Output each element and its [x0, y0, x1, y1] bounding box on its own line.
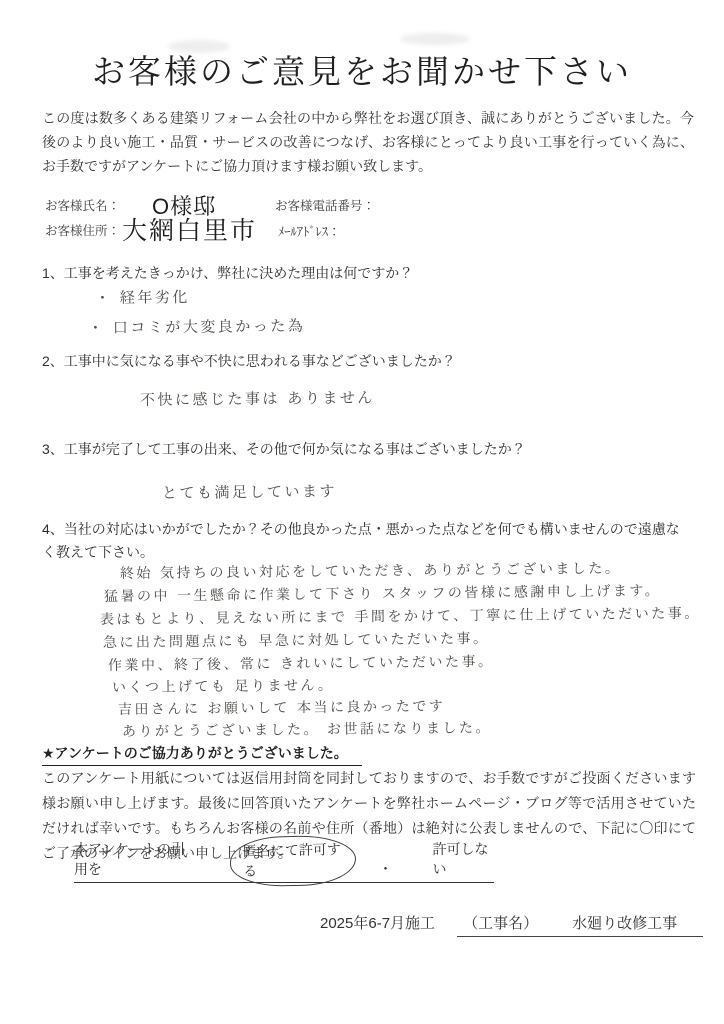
- scan-artifact: [400, 33, 470, 45]
- scanned-survey-page: { "page": { "title": "お客様のご意見をお聞かせ下さい", …: [0, 0, 724, 1024]
- answer-1-line-2: ・ 口コミが大変良かった為: [88, 315, 305, 338]
- intro-paragraph: この度は数多くある建築リフォーム会社の中から弊社をお選び頂き、誠にありがとうござ…: [42, 106, 694, 178]
- construction-name-value: 水廻り改修工事: [572, 912, 677, 933]
- answer-3-line-1: とても満足しています: [162, 480, 337, 503]
- answer-4-line-6: いくつ上げても 足りません。: [112, 675, 334, 697]
- answer-4-line-5: 作業中、終了後、常に きれいにしていただいた事。: [108, 651, 495, 675]
- answer-4-line-8: ありがとうございました。 お世話になりました。: [122, 717, 492, 741]
- consent-separator: ・: [379, 859, 393, 879]
- construction-name-label: （工事名）: [463, 912, 538, 933]
- consent-deny-label: 許可しない: [433, 839, 494, 882]
- answer-2-line-1: 不快に感じた事は ありません: [140, 387, 375, 410]
- construction-period: 2025年6-7月施工: [320, 912, 435, 933]
- customer-phone-label: お客様電話番号：: [275, 196, 375, 214]
- construction-row: 2025年6-7月施工 （工事名） 水廻り改修工事: [320, 912, 703, 937]
- answer-4-line-2: 猛暑の中 一生懸命に作業して下さり スタッフの皆様に感謝申し上げます。: [104, 580, 661, 606]
- question-1: 1、工事を考えたきっかけ、弊社に決めた理由は何ですか？: [42, 262, 690, 285]
- answer-4-line-7: 吉田さんに お願いして 本当に良かったです: [118, 696, 446, 719]
- construction-name-group: （工事名） 水廻り改修工事: [457, 912, 703, 937]
- customer-name-label: お客様氏名：: [45, 196, 120, 215]
- consent-allow-circled: 匿名にて許可する: [230, 835, 357, 888]
- consent-prefix: 本アンケートの引用を: [74, 839, 196, 882]
- customer-address-label: お客様住所：: [45, 221, 120, 239]
- page-title: お客様のご意見をお聞かせ下さい: [0, 46, 724, 93]
- consent-row: 本アンケートの引用を 匿名にて許可する ・ 許可しない: [74, 852, 494, 883]
- consent-allow-label: 匿名にて許可する: [243, 841, 341, 879]
- customer-email-label: ﾒｰﾙｱﾄﾞﾚｽ：: [278, 222, 341, 240]
- customer-address-value: 大網白里市: [122, 211, 257, 247]
- thanks-heading: ★アンケートのご協力ありがとうございました。: [42, 743, 362, 766]
- answer-4-line-4: 急に出た問題点にも 早急に対処していただいた事。: [103, 628, 490, 652]
- question-3: 3、工事が完了して工事の出来、その他で何か気になる事はございましたか？: [42, 438, 690, 461]
- question-2: 2、工事中に気になる事や不快に思われる事などございましたか？: [42, 350, 690, 373]
- answer-4-line-1: 終始 気持ちの良い対応をしていただき、ありがとうございました。: [120, 558, 622, 583]
- answer-1-line-1: ・ 経年劣化: [95, 286, 190, 308]
- answer-4-line-3: 表はもとより、見えない所にまで 手間をかけて、丁寧に仕上げていただいた事。: [100, 603, 701, 629]
